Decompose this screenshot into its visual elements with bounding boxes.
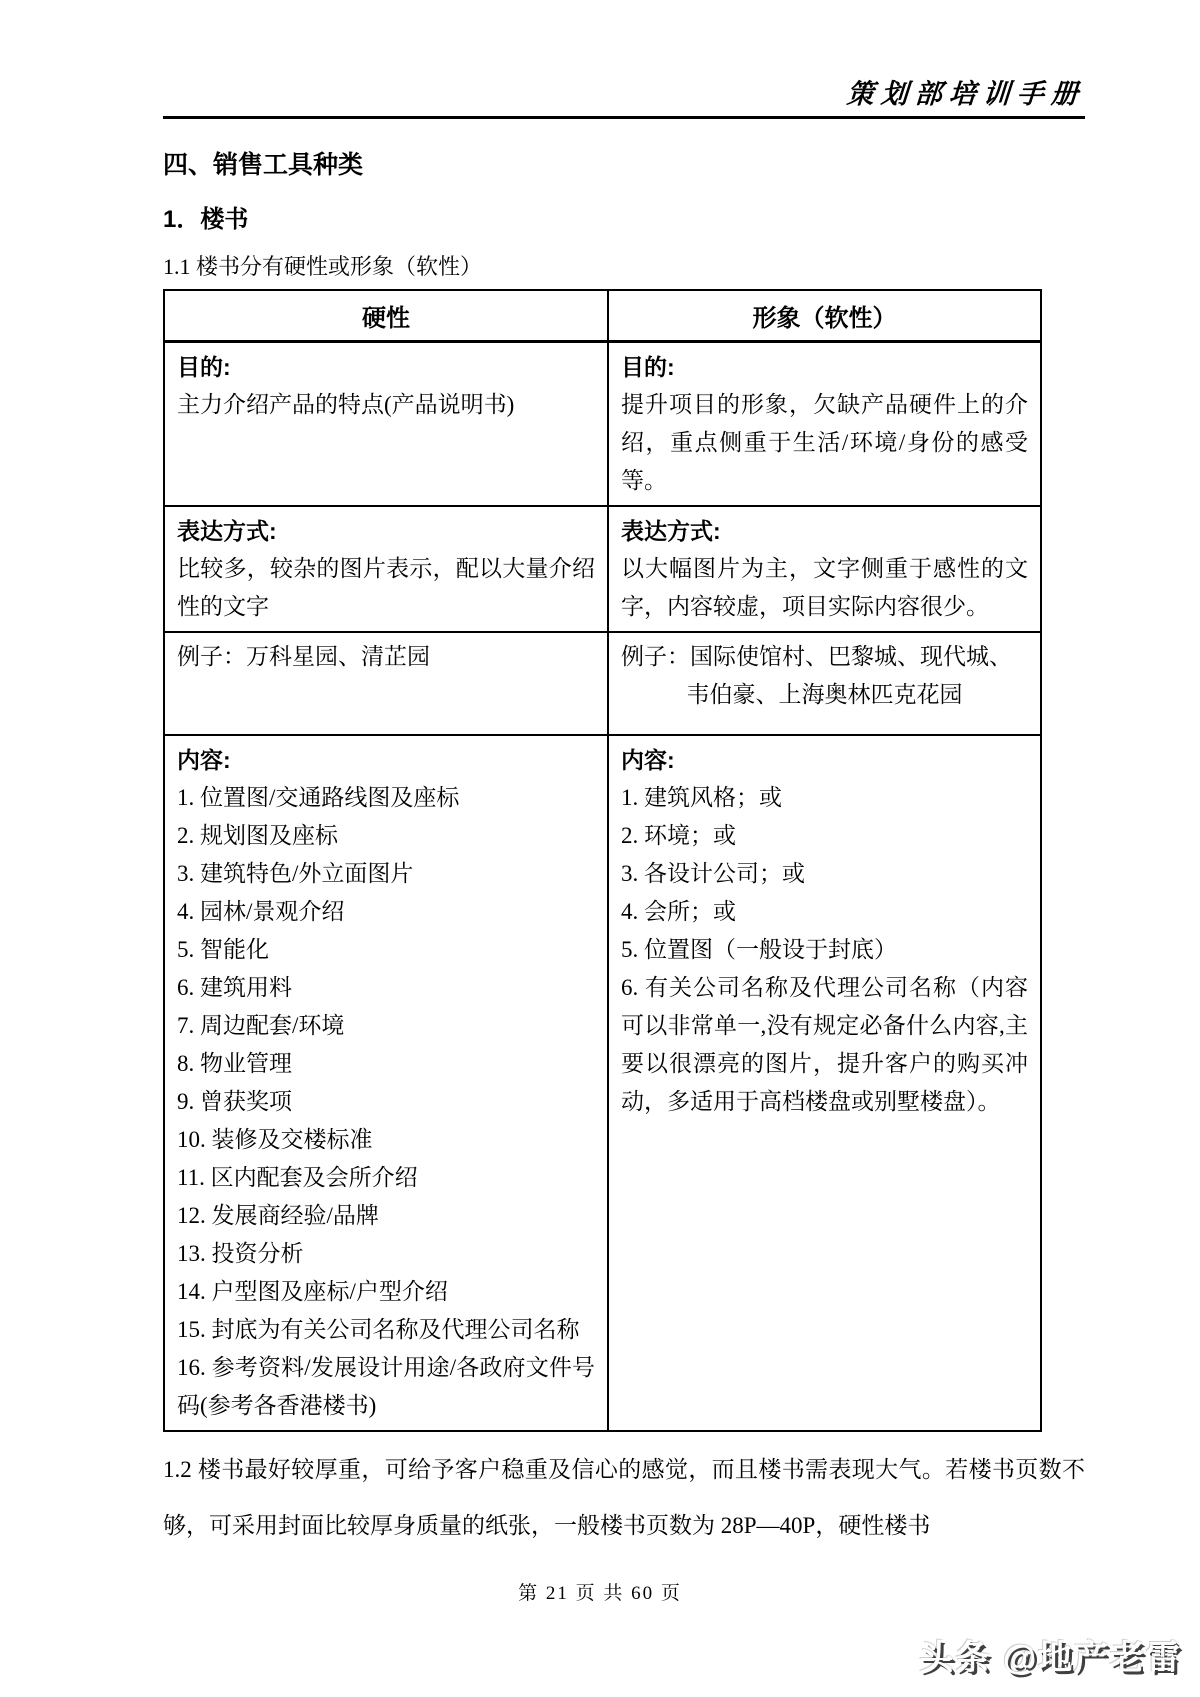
watermark: 头条 @地产老雷: [919, 1630, 1182, 1679]
content-label: 内容:: [177, 741, 595, 779]
list-item: 8. 物业管理: [177, 1045, 595, 1083]
examples-hard-text: 例子：万科星园、清芷园: [177, 638, 595, 676]
content-hard-list: 1. 位置图/交通路线图及座标2. 规划图及座标3. 建筑特色/外立面图片4. …: [177, 779, 595, 1425]
page-content: 策划部培训手册 四、销售工具种类 1．楼书 1.1 楼书分有硬性或形象（软性） …: [163, 0, 1085, 1554]
doc-header: 策划部培训手册: [163, 0, 1085, 119]
purpose-row: 目的: 主力介绍产品的特点(产品说明书) 目的: 提升项目的形象，欠缺产品硬件上…: [164, 342, 1041, 507]
content-row: 内容: 1. 位置图/交通路线图及座标2. 规划图及座标3. 建筑特色/外立面图…: [164, 735, 1041, 1431]
expression-hard-cell: 表达方式: 比较多，较杂的图片表示，配以大量介绍性的文字: [164, 506, 608, 632]
list-item: 3. 建筑特色/外立面图片: [177, 855, 595, 893]
col-header-soft: 形象（软性）: [608, 290, 1041, 342]
purpose-hard-text: 主力介绍产品的特点(产品说明书): [177, 386, 595, 424]
purpose-label: 目的:: [621, 348, 1028, 386]
examples-soft-line2: 韦伯豪、上海奥林匹克花园: [621, 676, 1028, 714]
paragraph-1-2: 1.2 楼书最好较厚重，可给予客户稳重及信心的感觉，而且楼书需表现大气。若楼书页…: [163, 1442, 1085, 1554]
content-soft-cell: 内容: 1. 建筑风格；或2. 环境；或3. 各设计公司；或4. 会所；或5. …: [608, 735, 1041, 1431]
manual-title: 策划部培训手册: [846, 72, 1087, 111]
examples-soft-cell: 例子：国际使馆村、巴黎城、现代城、 韦伯豪、上海奥林匹克花园: [608, 632, 1041, 735]
purpose-label: 目的:: [177, 348, 595, 386]
intro-line: 1.1 楼书分有硬性或形象（软性）: [163, 250, 1085, 281]
content-label: 内容:: [621, 741, 1028, 779]
purpose-soft-text: 提升项目的形象，欠缺产品硬件上的介绍，重点侧重于生活/环境/身份的感受等。: [621, 386, 1028, 500]
list-item: 4. 园林/景观介绍: [177, 893, 595, 931]
expression-label: 表达方式:: [621, 512, 1028, 550]
list-item: 10. 装修及交楼标准: [177, 1121, 595, 1159]
list-item: 4. 会所；或: [621, 893, 1028, 931]
subsection-title: 1．楼书: [163, 199, 1085, 234]
expression-soft-text: 以大幅图片为主，文字侧重于感性的文字，内容较虚，项目实际内容很少。: [621, 550, 1028, 626]
list-item: 2. 规划图及座标: [177, 817, 595, 855]
examples-soft-line1: 例子：国际使馆村、巴黎城、现代城、: [621, 638, 1028, 676]
list-item: 5. 位置图（一般设于封底）: [621, 931, 1028, 969]
expression-hard-text: 比较多，较杂的图片表示，配以大量介绍性的文字: [177, 550, 595, 626]
list-item: 5. 智能化: [177, 931, 595, 969]
purpose-soft-cell: 目的: 提升项目的形象，欠缺产品硬件上的介绍，重点侧重于生活/环境/身份的感受等…: [608, 342, 1041, 507]
examples-hard-cell: 例子：万科星园、清芷园: [164, 632, 608, 735]
list-item: 7. 周边配套/环境: [177, 1007, 595, 1045]
list-item: 6. 有关公司名称及代理公司名称（内容可以非常单一,没有规定必备什么内容,主要以…: [621, 969, 1028, 1121]
col-header-hard: 硬性: [164, 290, 608, 342]
list-item: 12. 发展商经验/品牌: [177, 1197, 595, 1235]
list-item: 9. 曾获奖项: [177, 1083, 595, 1121]
content-soft-list: 1. 建筑风格；或2. 环境；或3. 各设计公司；或4. 会所；或5. 位置图（…: [621, 779, 1028, 1121]
list-item: 14. 户型图及座标/户型介绍: [177, 1273, 595, 1311]
list-item: 3. 各设计公司；或: [621, 855, 1028, 893]
list-item: 11. 区内配套及会所介绍: [177, 1159, 595, 1197]
list-item: 6. 建筑用料: [177, 969, 595, 1007]
page-number: 第 21 页 共 60 页: [0, 1578, 1200, 1605]
section-title: 四、销售工具种类: [163, 145, 1085, 181]
content-hard-cell: 内容: 1. 位置图/交通路线图及座标2. 规划图及座标3. 建筑特色/外立面图…: [164, 735, 608, 1431]
booklet-comparison-table: 硬性 形象（软性） 目的: 主力介绍产品的特点(产品说明书) 目的: 提升项目的…: [163, 289, 1042, 1432]
examples-row: 例子：万科星园、清芷园 例子：国际使馆村、巴黎城、现代城、 韦伯豪、上海奥林匹克…: [164, 632, 1041, 735]
list-item: 1. 位置图/交通路线图及座标: [177, 779, 595, 817]
table-header-row: 硬性 形象（软性）: [164, 290, 1041, 342]
expression-label: 表达方式:: [177, 512, 595, 550]
list-item: 1. 建筑风格；或: [621, 779, 1028, 817]
list-item: 16. 参考资料/发展设计用途/各政府文件号码(参考各香港楼书): [177, 1349, 595, 1425]
list-item: 15. 封底为有关公司名称及代理公司名称: [177, 1311, 595, 1349]
list-item: 13. 投资分析: [177, 1235, 595, 1273]
purpose-hard-cell: 目的: 主力介绍产品的特点(产品说明书): [164, 342, 608, 507]
expression-soft-cell: 表达方式: 以大幅图片为主，文字侧重于感性的文字，内容较虚，项目实际内容很少。: [608, 506, 1041, 632]
list-item: 2. 环境；或: [621, 817, 1028, 855]
expression-row: 表达方式: 比较多，较杂的图片表示，配以大量介绍性的文字 表达方式: 以大幅图片…: [164, 506, 1041, 632]
